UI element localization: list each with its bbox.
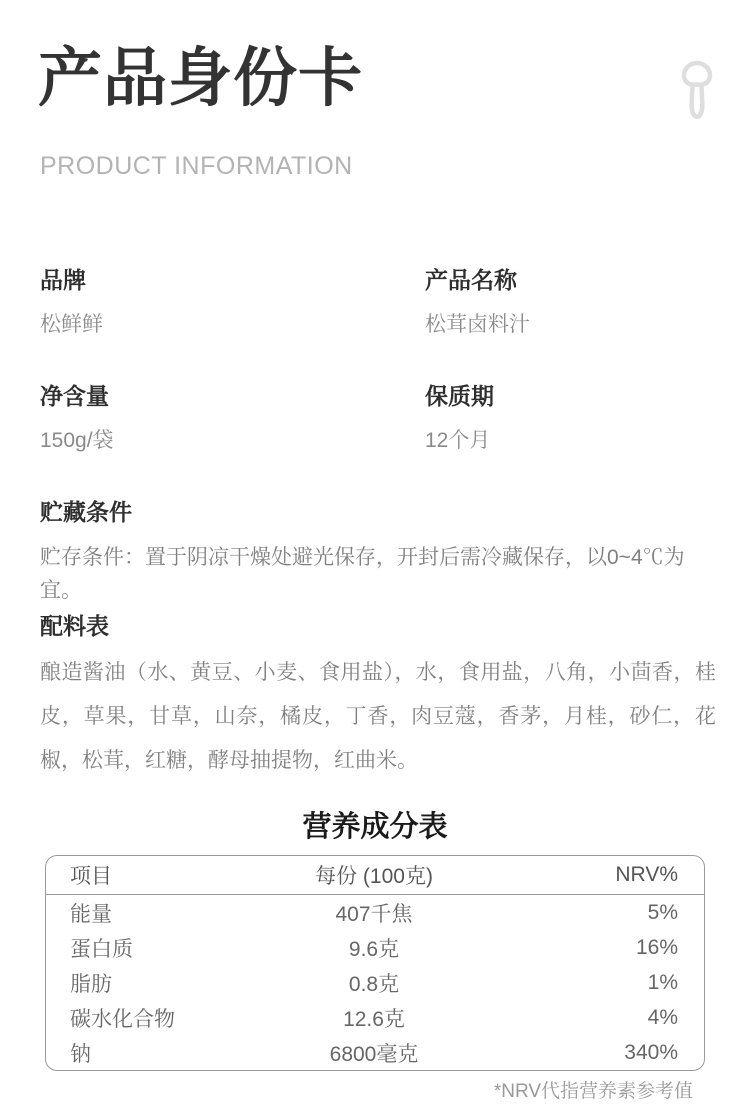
nutrition-item: 钠	[70, 1038, 273, 1068]
nutrition-per-serving: 12.6克	[273, 1003, 476, 1033]
nutrition-item: 脂肪	[70, 968, 273, 998]
nutrition-table-title: 营养成分表	[0, 804, 750, 845]
field-brand: 品牌 松鲜鲜	[40, 262, 425, 338]
ingredients-section: 配料表 酿造酱油（水、黄豆、小麦、食用盐），水，食用盐，八角，小茴香，桂皮，草果…	[40, 608, 716, 783]
ingredients-text: 酿造酱油（水、黄豆、小麦、食用盐），水，食用盐，八角，小茴香，桂皮，草果，甘草，…	[40, 651, 716, 783]
nutrition-item: 碳水化合物	[70, 1003, 273, 1033]
nutrition-item: 蛋白质	[70, 933, 273, 963]
storage-section: 贮藏条件 贮存条件：置于阴凉干燥处避光保存，开封后需冷藏保存，以0~4℃为宜。	[40, 494, 716, 607]
product-info-card: 产品身份卡 PRODUCT INFORMATION 品牌 松鲜鲜 产品名称 松茸…	[0, 0, 750, 1117]
mushroom-icon	[680, 60, 714, 120]
nutrition-nrv: 5%	[475, 901, 678, 925]
field-product-name-label: 产品名称	[425, 262, 710, 295]
page-subtitle: PRODUCT INFORMATION	[40, 152, 353, 181]
table-row: 能量 407千焦 5%	[46, 895, 704, 930]
storage-text: 贮存条件：置于阴凉干燥处避光保存，开封后需冷藏保存，以0~4℃为宜。	[40, 541, 716, 607]
nutrition-per-serving: 6800毫克	[273, 1038, 476, 1068]
field-product-name: 产品名称 松茸卤料汁	[425, 262, 710, 338]
field-brand-value: 松鲜鲜	[40, 308, 425, 338]
table-row: 碳水化合物 12.6克 4%	[46, 1000, 704, 1035]
nutrition-item: 能量	[70, 898, 273, 928]
nutrition-table: 项目 每份 (100克) NRV% 能量 407千焦 5% 蛋白质 9.6克 1…	[45, 855, 705, 1071]
field-net-content-label: 净含量	[40, 378, 425, 411]
nutrition-header-item: 项目	[70, 860, 273, 890]
nutrition-header-per-serving: 每份 (100克)	[273, 860, 476, 890]
nrv-footnote: *NRV代指营养素参考值	[494, 1076, 693, 1103]
fields-row-2: 净含量 150g/袋 保质期 12个月	[40, 378, 710, 454]
field-net-content: 净含量 150g/袋	[40, 378, 425, 454]
fields-row-1: 品牌 松鲜鲜 产品名称 松茸卤料汁	[40, 262, 710, 338]
field-shelf-life-label: 保质期	[425, 378, 710, 411]
nutrition-nrv: 1%	[475, 971, 678, 995]
nutrition-header-row: 项目 每份 (100克) NRV%	[46, 856, 704, 895]
table-row: 蛋白质 9.6克 16%	[46, 930, 704, 965]
field-shelf-life-value: 12个月	[425, 424, 710, 454]
nutrition-per-serving: 407千焦	[273, 898, 476, 928]
nutrition-per-serving: 9.6克	[273, 933, 476, 963]
page-title: 产品身份卡	[38, 40, 363, 117]
nutrition-nrv: 4%	[475, 1006, 678, 1030]
table-row: 脂肪 0.8克 1%	[46, 965, 704, 1000]
nutrition-per-serving: 0.8克	[273, 968, 476, 998]
nutrition-header-nrv: NRV%	[475, 863, 678, 887]
field-brand-label: 品牌	[40, 262, 425, 295]
nutrition-nrv: 16%	[475, 936, 678, 960]
field-product-name-value: 松茸卤料汁	[425, 308, 710, 338]
ingredients-label: 配料表	[40, 608, 716, 641]
field-shelf-life: 保质期 12个月	[425, 378, 710, 454]
nutrition-nrv: 340%	[475, 1041, 678, 1065]
field-net-content-value: 150g/袋	[40, 424, 425, 454]
table-row: 钠 6800毫克 340%	[46, 1035, 704, 1070]
storage-label: 贮藏条件	[40, 494, 716, 527]
